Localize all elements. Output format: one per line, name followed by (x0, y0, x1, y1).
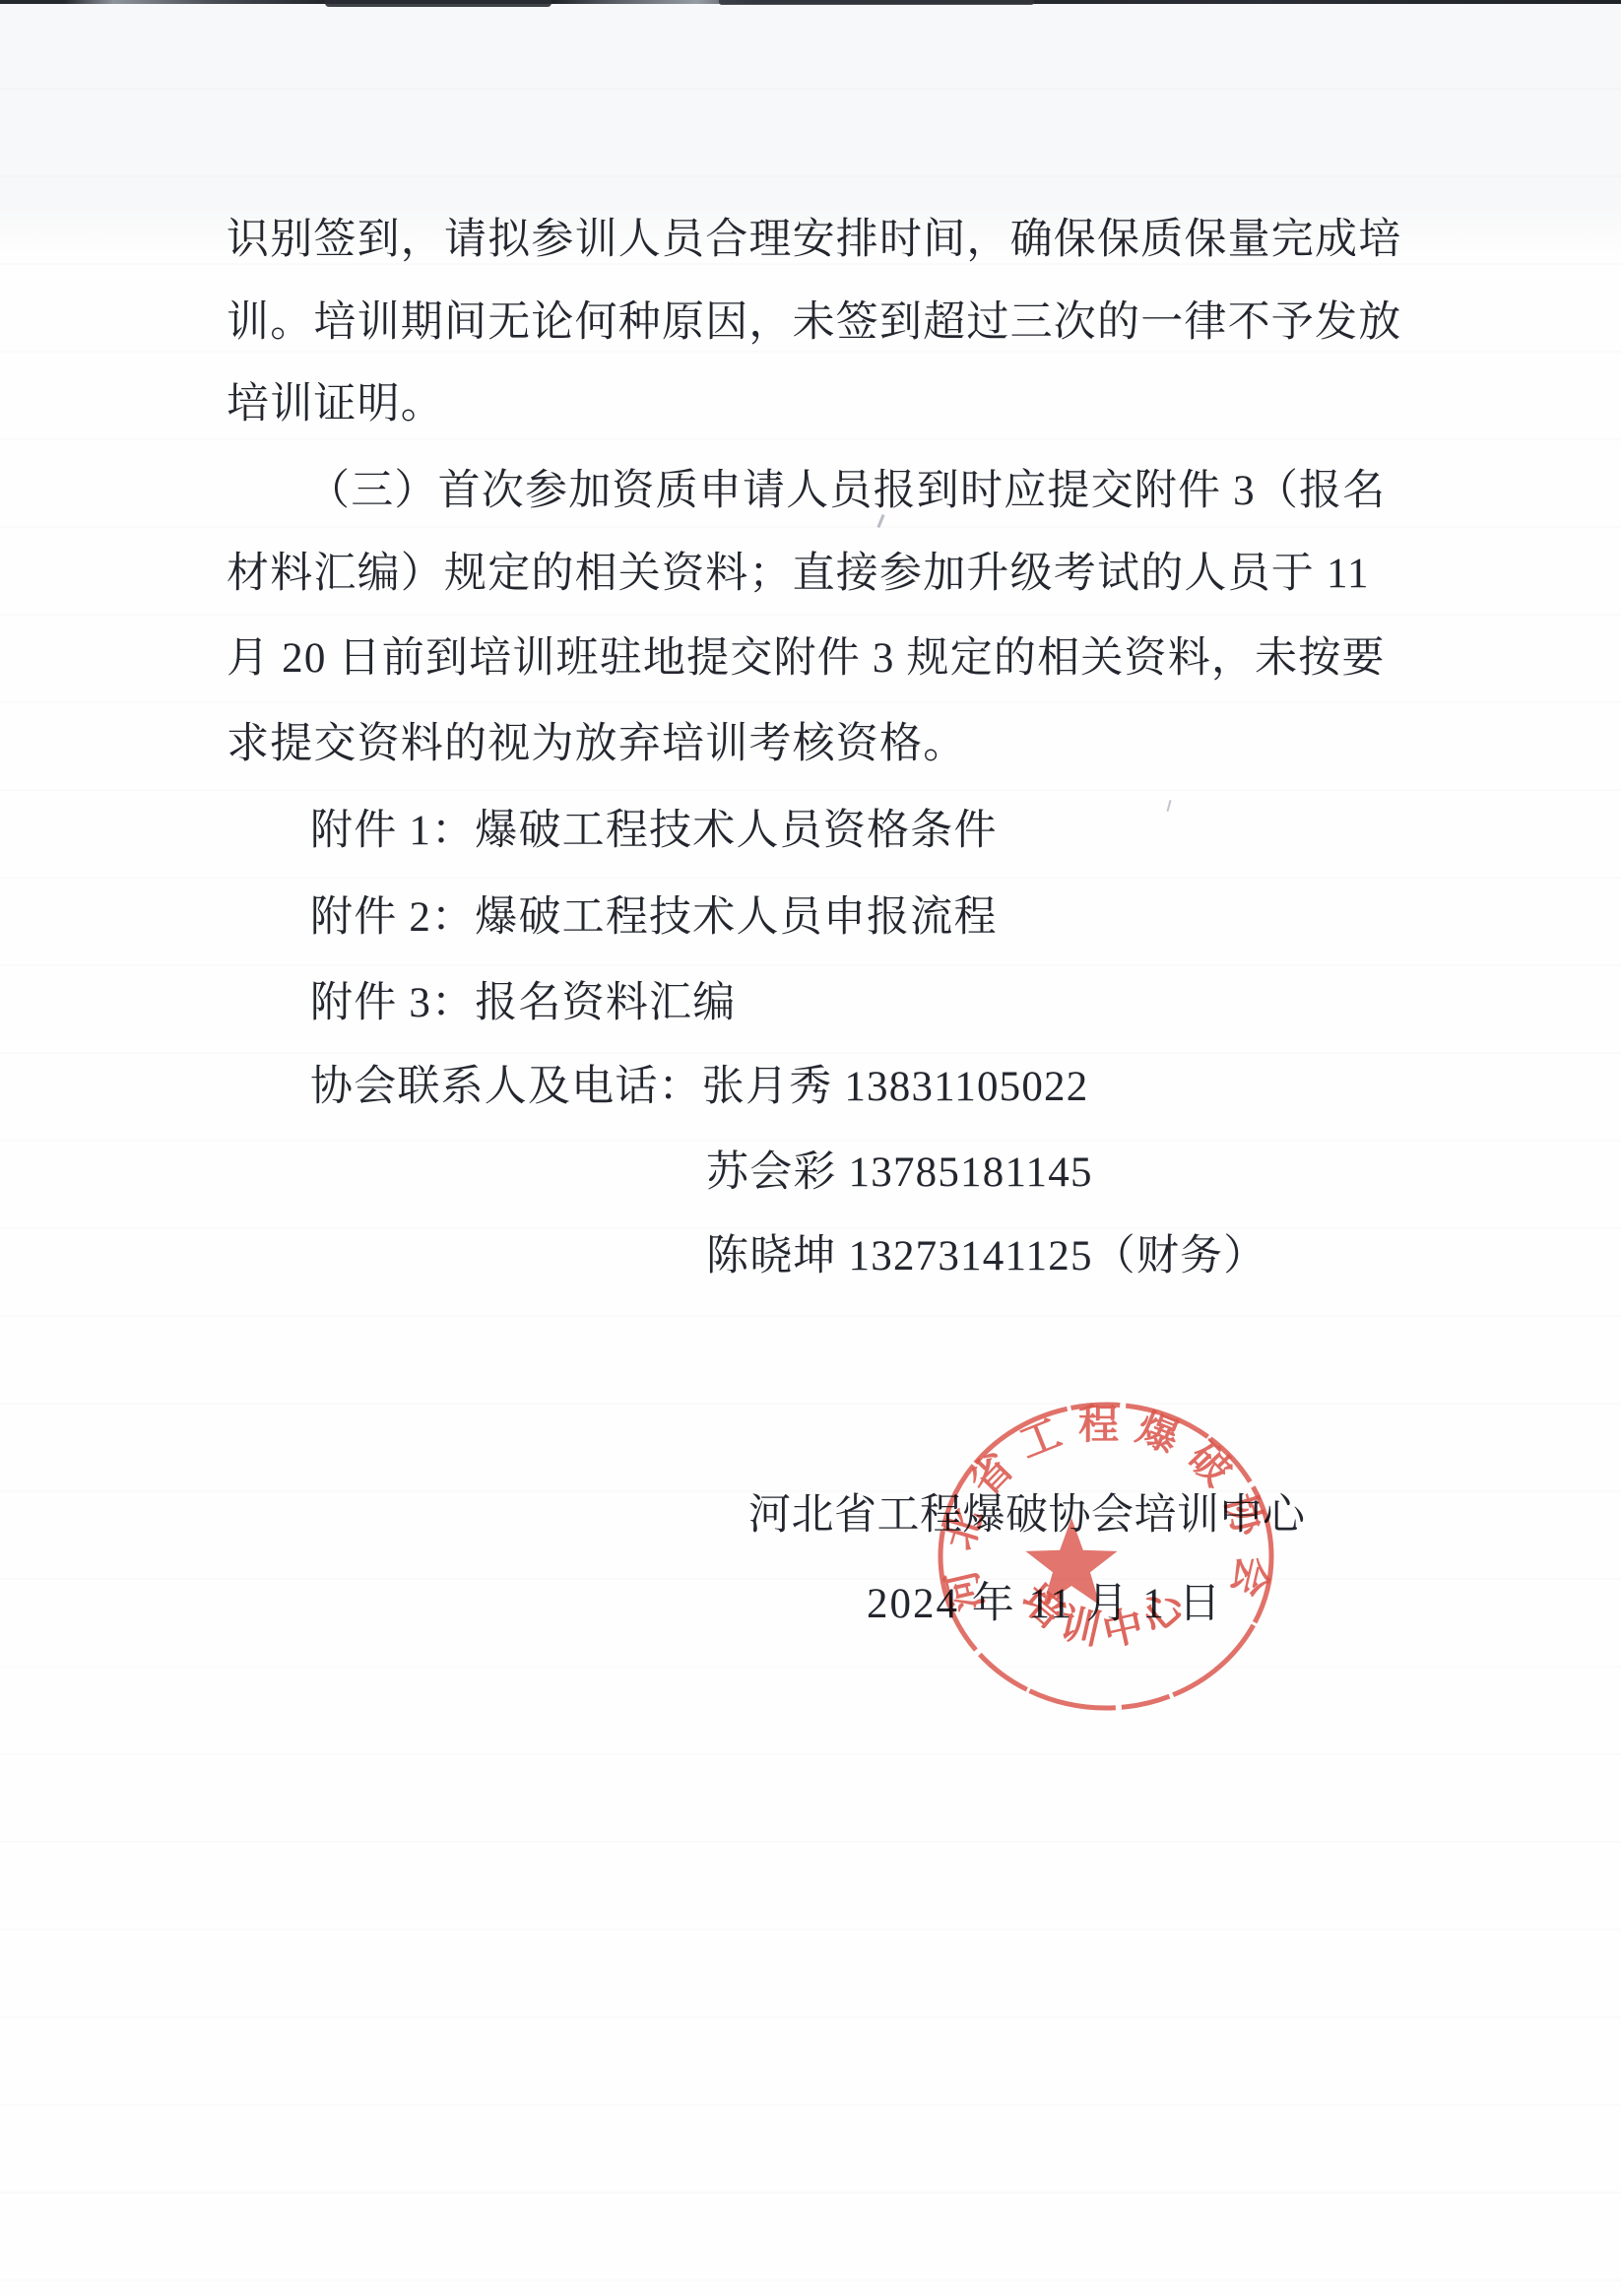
scan-edge-artifact (325, 0, 551, 7)
body-line: 材料汇编）规定的相关资料；直接参加升级考试的人员于 11 (227, 550, 1370, 598)
stamp-ring-text: 河北省工程爆破协会 (935, 1402, 1276, 1615)
svg-text:河北省工程爆破协会: 河北省工程爆破协会 (935, 1402, 1276, 1615)
body-line: （三）首次参加资质申请人员报到时应提交附件 3（报名 (307, 467, 1386, 515)
attachment-line: 附件 3：报名资料汇编 (310, 979, 736, 1027)
scan-edge-artifact (719, 0, 1034, 5)
stamp-bottom-text: 培训中心 (1013, 1576, 1199, 1656)
contact-line: 苏会彩 13785181145 (706, 1148, 1093, 1197)
body-line: 培训证明。 (227, 380, 444, 428)
official-stamp: 河北省工程爆破协会 培训中心 (926, 1387, 1290, 1722)
body-line: 求提交资料的视为放弃培训考核资格。 (227, 720, 966, 768)
contact-line: 协会联系人及电话：张月秀 13831105022 (310, 1063, 1088, 1111)
body-line: 识别签到，请拟参训人员合理安排时间，确保保质保量完成培 (227, 216, 1401, 264)
scan-speck (876, 514, 884, 528)
scan-speck (1166, 800, 1171, 812)
body-line: 月 20 日前到培训班驻地提交附件 3 规定的相关资料，未按要 (227, 634, 1386, 683)
attachment-line: 附件 1：爆破工程技术人员资格条件 (310, 807, 998, 855)
attachment-line: 附件 2：爆破工程技术人员申报流程 (310, 893, 998, 942)
scanned-document-page: 识别签到，请拟参训人员合理安排时间，确保保质保量完成培 训。培训期间无论何种原因… (0, 0, 1621, 2296)
svg-text:培训中心: 培训中心 (1013, 1576, 1199, 1656)
contact-line: 陈晓坤 13273141125（财务） (706, 1232, 1266, 1280)
body-line: 训。培训期间无论何种原因，未签到超过三次的一律不予发放 (227, 298, 1401, 347)
